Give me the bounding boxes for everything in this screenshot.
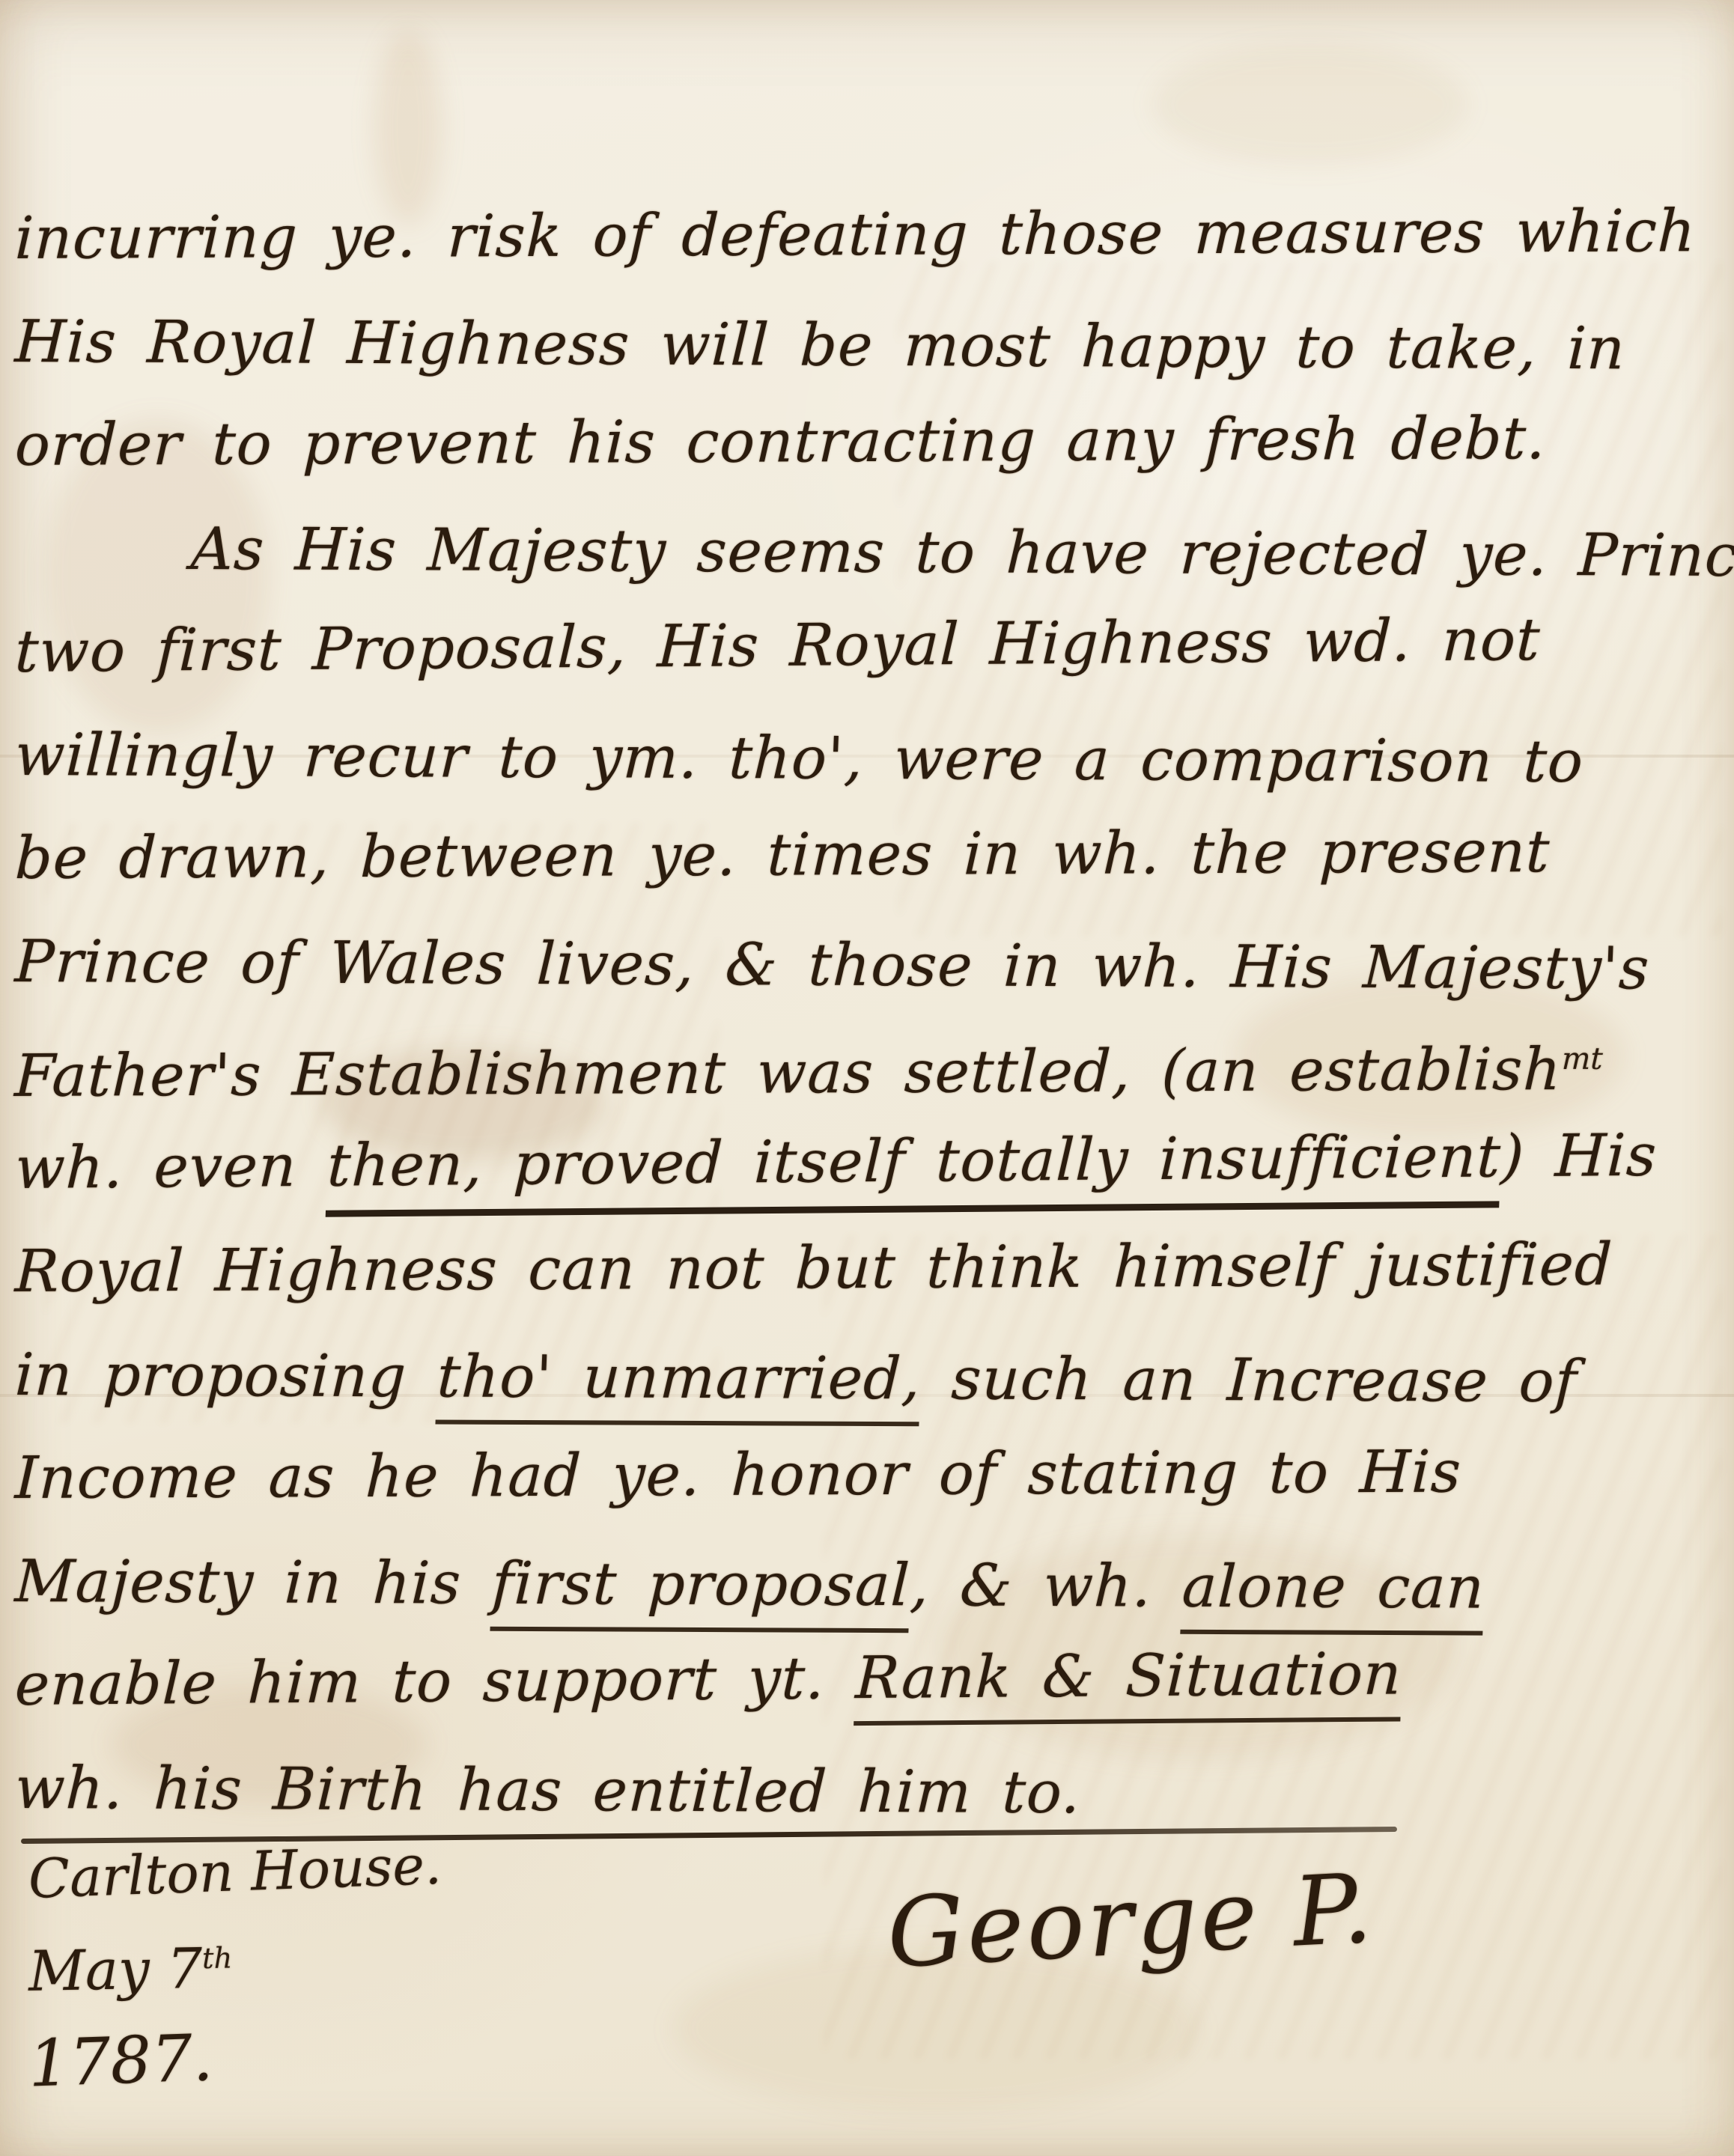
signature-george-p: George P.: [885, 1853, 1378, 1990]
phrase: , & wh.: [909, 1552, 1184, 1621]
phrase: Majesty in his: [13, 1548, 493, 1618]
closing-year: 1787.: [27, 2012, 442, 2101]
phrase: incurring ye. risk of defeating those me…: [14, 198, 1697, 272]
text-line: Father's Establishment was settled, (an …: [13, 1006, 1727, 1117]
phrase: Royal Highness can not but think himself…: [14, 1231, 1614, 1306]
closing-block: Carlton House. May 7th 1787.: [28, 1848, 442, 2095]
text-line: wh. even then, proved itself totally ins…: [13, 1103, 1728, 1220]
closing-date-day: May 7: [28, 1937, 203, 2004]
phrase: enable him to support yt.: [13, 1645, 857, 1719]
phrase: two first Proposals, His Royal Highness …: [13, 606, 1542, 686]
phrase: Father's Establishment was settled, (an …: [13, 1036, 1563, 1110]
text-line: enable him to support yt. Rank & Situati…: [13, 1620, 1728, 1737]
text-line: be drawn, between ye. times in wh. the p…: [13, 800, 1727, 910]
manuscript-letter-page: incurring ye. risk of defeating those me…: [0, 0, 1734, 2156]
phrase: order to prevent his contracting any fre…: [14, 405, 1548, 479]
superscript-abbreviation: mt: [1561, 1041, 1603, 1077]
phrase: in proposing: [13, 1342, 438, 1410]
text-line: Royal Highness can not but think himself…: [13, 1213, 1727, 1324]
text-line: Income as he had ye. honor of stating to…: [13, 1419, 1727, 1530]
phrase: Income as he had ye. honor of stating to…: [14, 1439, 1463, 1512]
closing-place: Carlton House.: [28, 1833, 443, 1910]
text-line: order to prevent his contracting any fre…: [13, 386, 1727, 497]
stain: [1153, 45, 1467, 165]
closing-date-ordinal-suffix: th: [202, 1941, 233, 1976]
phrase: His Royal Highness will be most happy to…: [13, 308, 1626, 383]
phrase: be drawn, between ye. times in wh. the p…: [14, 818, 1551, 892]
text-line: willingly recur to ym. tho', were a comp…: [13, 704, 1727, 814]
phrase: willingly recur to ym. tho', were a comp…: [13, 722, 1585, 796]
phrase: As His Majesty seems to have rejected ye…: [189, 516, 1734, 591]
underlined-phrase: first proposal: [490, 1550, 911, 1633]
text-line: two first Proposals, His Royal Highness …: [13, 587, 1728, 704]
phrase: wh. his Birth has entitled him to.: [13, 1755, 1082, 1827]
text-line: in proposing tho' unmarried, such an Inc…: [13, 1324, 1727, 1434]
phrase: ) His: [1500, 1122, 1658, 1191]
letter-body: incurring ye. risk of defeating those me…: [15, 187, 1725, 1840]
text-line: incurring ye. risk of defeating those me…: [13, 180, 1727, 290]
underlined-phrase: then, proved itself totally insufficient: [326, 1123, 1503, 1216]
phrase: such an Increase of: [919, 1345, 1578, 1416]
text-line: His Royal Highness will be most happy to…: [13, 290, 1727, 401]
text-line: Prince of Wales lives, & those in wh. Hi…: [13, 910, 1727, 1021]
phrase: wh. even: [13, 1133, 328, 1202]
closing-date: May 7th: [28, 1932, 442, 2004]
underlined-phrase: tho' unmarried,: [435, 1343, 922, 1426]
underlined-phrase: Rank & Situation: [854, 1640, 1403, 1726]
phrase: Prince of Wales lives, & those in wh. Hi…: [13, 928, 1651, 1003]
